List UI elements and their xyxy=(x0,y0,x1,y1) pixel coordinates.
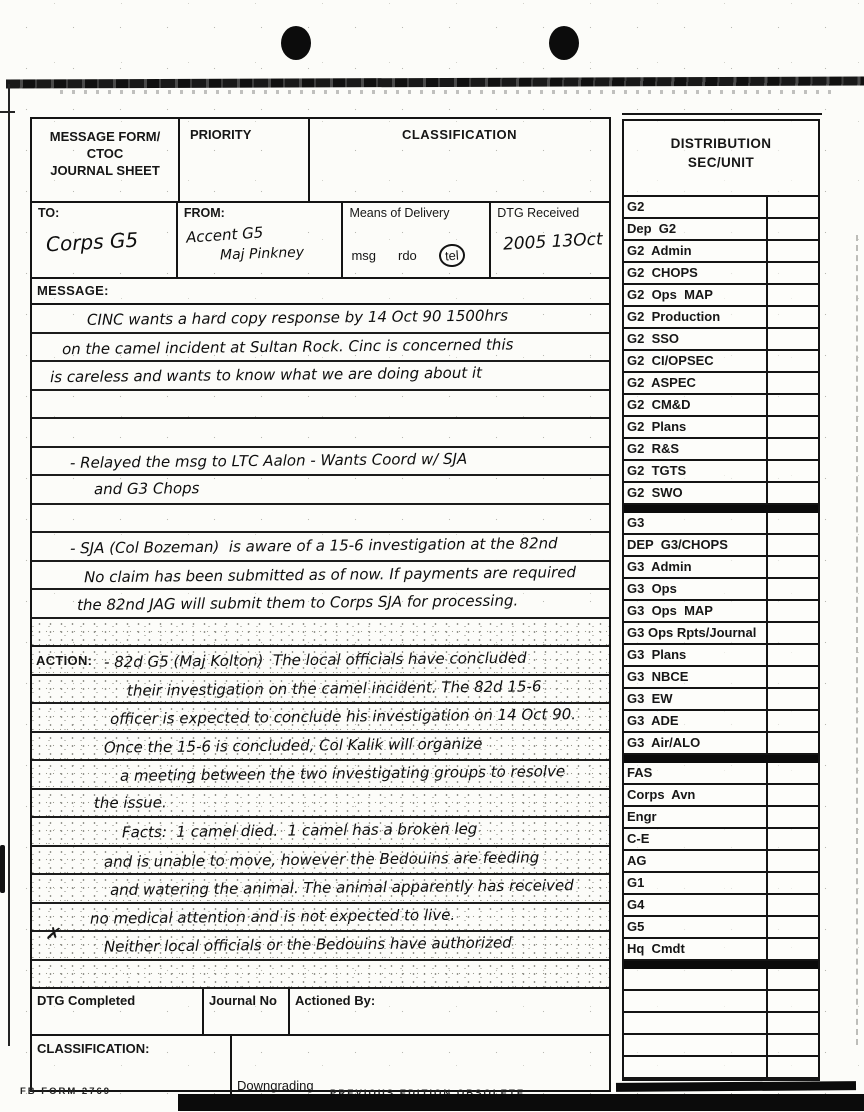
distribution-unit-label: G3 ADE xyxy=(624,711,768,731)
distribution-row: DEP G3/CHOPS xyxy=(624,535,818,557)
distribution-row: G2 CHOPS xyxy=(624,263,818,285)
message-line: and G3 Chops xyxy=(32,476,609,505)
message-line: - SJA (Col Bozeman) is aware of a 15-6 i… xyxy=(32,533,609,562)
action-label: ACTION: xyxy=(32,653,92,668)
journal-no-field: Journal No xyxy=(204,989,290,1034)
handwritten-text: - SJA (Col Bozeman) is aware of a 15-6 i… xyxy=(32,534,558,558)
scan-artifact-band xyxy=(6,77,864,89)
distribution-check-cell xyxy=(768,535,818,555)
distribution-check-cell xyxy=(768,329,818,349)
form-footer-row: DTG Completed Journal No Actioned By: xyxy=(32,989,609,1036)
distribution-row: G2 SSO xyxy=(624,329,818,351)
distribution-unit-label: G3 NBCE xyxy=(624,667,768,687)
from-label: FROM: xyxy=(184,206,336,220)
distribution-unit-label: G3 EW xyxy=(624,689,768,709)
message-line: Facts: 1 camel died. 1 camel has a broke… xyxy=(32,818,609,847)
scan-bottom-bar xyxy=(178,1094,864,1111)
message-label: MESSAGE: xyxy=(32,279,609,305)
distribution-unit-label: FAS xyxy=(624,763,768,783)
distribution-check-cell xyxy=(768,373,818,393)
distribution-check-cell xyxy=(768,733,818,753)
distribution-bottom-bar xyxy=(616,1081,856,1092)
message-line: on the camel incident at Sultan Rock. Ci… xyxy=(32,334,609,363)
distribution-unit-label: Corps Avn xyxy=(624,785,768,805)
dtg-received-value-handwritten: 2005 13Oct xyxy=(503,229,604,254)
distribution-unit-label: G2 Ops MAP xyxy=(624,285,768,305)
distribution-row: G2 Admin xyxy=(624,241,818,263)
distribution-row: Corps Avn xyxy=(624,785,818,807)
distribution-check-cell xyxy=(768,307,818,327)
distribution-unit-label: G5 xyxy=(624,917,768,937)
to-field: TO: Corps G5 xyxy=(32,203,178,277)
distribution-unit-label: G2 CHOPS xyxy=(624,263,768,283)
distribution-check-cell xyxy=(768,991,818,1011)
distribution-unit-label: G2 CI/OPSEC xyxy=(624,351,768,371)
distribution-check-cell xyxy=(768,969,818,989)
distribution-row xyxy=(624,1035,818,1057)
message-line: officer is expected to conclude his inve… xyxy=(32,704,609,733)
to-value-handwritten: Corps G5 xyxy=(45,228,138,257)
message-line xyxy=(32,419,609,448)
distribution-check-cell xyxy=(768,417,818,437)
distribution-check-cell xyxy=(768,219,818,239)
delivery-option-msg: msg xyxy=(351,248,376,263)
distribution-unit-label xyxy=(624,1057,768,1077)
distribution-unit-label: G2 Production xyxy=(624,307,768,327)
distribution-row: G2 ASPEC xyxy=(624,373,818,395)
message-line: ACTION:- 82d G5 (Maj Kolton) The local o… xyxy=(32,647,609,676)
handwritten-text: - 82d G5 (Maj Kolton) The local official… xyxy=(92,649,527,672)
distribution-unit-label: G2 TGTS xyxy=(624,461,768,481)
delivery-option-tel-circled: tel xyxy=(438,243,465,268)
distribution-row: C-E xyxy=(624,829,818,851)
distribution-unit-label xyxy=(624,1035,768,1055)
distribution-row: G5 xyxy=(624,917,818,939)
distribution-unit-label: G3 Ops MAP xyxy=(624,601,768,621)
distribution-row: G3 Admin xyxy=(624,557,818,579)
distribution-check-cell xyxy=(768,807,818,827)
means-of-delivery-field: Means of Delivery msg rdo tel xyxy=(343,203,491,277)
distribution-check-cell xyxy=(768,851,818,871)
scanned-journal-sheet: MESSAGE FORM/ CTOC JOURNAL SHEET PRIORIT… xyxy=(0,0,864,1112)
distribution-unit-label: C-E xyxy=(624,829,768,849)
distribution-unit-label: G1 xyxy=(624,873,768,893)
handwritten-text: Neither local officials or the Bedouins … xyxy=(32,934,512,957)
distribution-row: G2 CI/OPSEC xyxy=(624,351,818,373)
distribution-row xyxy=(624,1013,818,1035)
dtg-received-label: DTG Received xyxy=(497,206,603,220)
distribution-check-cell xyxy=(768,939,818,959)
distribution-unit-label xyxy=(624,969,768,989)
distribution-row: G3 NBCE xyxy=(624,667,818,689)
distribution-check-cell xyxy=(768,557,818,577)
handwritten-text: Facts: 1 camel died. 1 camel has a broke… xyxy=(32,820,478,843)
distribution-unit-label: AG xyxy=(624,851,768,871)
message-line: - Relayed the msg to LTC Aalon - Wants C… xyxy=(32,448,609,477)
classification-field: CLASSIFICATION xyxy=(310,119,609,201)
message-line: is careless and wants to know what we ar… xyxy=(32,362,609,391)
distribution-row: G3 xyxy=(624,513,818,535)
distribution-unit-label: G3 Plans xyxy=(624,645,768,665)
distribution-row: Dep G2 xyxy=(624,219,818,241)
message-line: no medical attention and is not expected… xyxy=(32,904,609,933)
distribution-unit-label: G3 Admin xyxy=(624,557,768,577)
distribution-check-cell xyxy=(768,285,818,305)
distribution-row: G3 Air/ALO xyxy=(624,733,818,755)
page-left-border xyxy=(8,84,10,1046)
distribution-row: G3 EW xyxy=(624,689,818,711)
distribution-subtitle: SEC/UNIT xyxy=(624,153,818,172)
distribution-check-cell xyxy=(768,197,818,217)
distribution-unit-label xyxy=(624,1013,768,1033)
message-line xyxy=(32,505,609,534)
distribution-check-cell xyxy=(768,483,818,503)
distribution-unit-label: G2 SWO xyxy=(624,483,768,503)
form-header-row: MESSAGE FORM/ CTOC JOURNAL SHEET PRIORIT… xyxy=(32,119,609,203)
message-line: the issue. xyxy=(32,790,609,819)
distribution-row: AG xyxy=(624,851,818,873)
distribution-row: G2 xyxy=(624,197,818,219)
distribution-separator-bar xyxy=(624,755,818,763)
form-meta-row: TO: Corps G5 FROM: Accent G5 Maj Pinkney… xyxy=(32,203,609,279)
distribution-check-cell xyxy=(768,241,818,261)
distribution-unit-label: G4 xyxy=(624,895,768,915)
distribution-unit-label: Dep G2 xyxy=(624,219,768,239)
distribution-row: FAS xyxy=(624,763,818,785)
distribution-row: Engr xyxy=(624,807,818,829)
distribution-check-cell xyxy=(768,917,818,937)
handwritten-text: on the camel incident at Sultan Rock. Ci… xyxy=(32,335,514,358)
distribution-check-cell xyxy=(768,645,818,665)
handwritten-text: officer is expected to conclude his inve… xyxy=(32,705,576,729)
distribution-check-cell xyxy=(768,1035,818,1055)
dtg-completed-field: DTG Completed xyxy=(32,989,204,1034)
distribution-unit-label: G2 ASPEC xyxy=(624,373,768,393)
handwritten-text: and G3 Chops xyxy=(32,479,200,499)
distribution-check-cell xyxy=(768,513,818,533)
distribution-check-cell xyxy=(768,895,818,915)
distribution-check-cell xyxy=(768,351,818,371)
message-line: their investigation on the camel inciden… xyxy=(32,676,609,705)
message-line: and is unable to move, however the Bedou… xyxy=(32,847,609,876)
distribution-unit-label: G2 Plans xyxy=(624,417,768,437)
hole-punch-icon xyxy=(281,26,311,60)
distribution-unit-label: G3 xyxy=(624,513,768,533)
distribution-row: G2 R&S xyxy=(624,439,818,461)
distribution-check-cell xyxy=(768,873,818,893)
distribution-check-cell xyxy=(768,263,818,283)
distribution-row: G2 CM&D xyxy=(624,395,818,417)
distribution-unit-label: DEP G3/CHOPS xyxy=(624,535,768,555)
message-line: ✗Neither local officials or the Bedouins… xyxy=(32,932,609,961)
distribution-unit-label: G2 Admin xyxy=(624,241,768,261)
message-lines: CINC wants a hard copy response by 14 Oc… xyxy=(32,305,609,989)
message-line: and watering the animal. The animal appa… xyxy=(32,875,609,904)
from-value-handwritten: Accent G5 xyxy=(185,223,263,246)
handwritten-text: No claim has been submitted as of now. I… xyxy=(32,563,576,587)
distribution-check-cell xyxy=(768,579,818,599)
classification-footer-row: CLASSIFICATION: Downgrading xyxy=(32,1036,609,1094)
distribution-row xyxy=(624,1057,818,1079)
handwritten-text: their investigation on the camel inciden… xyxy=(32,677,542,700)
message-line: a meeting between the two investigating … xyxy=(32,761,609,790)
form-number: FB FORM 2769 xyxy=(20,1086,111,1097)
distribution-row: Hq Cmdt xyxy=(624,939,818,961)
actioned-by-field: Actioned By: xyxy=(290,989,609,1034)
distribution-row: G2 Production xyxy=(624,307,818,329)
distribution-unit-label: G2 SSO xyxy=(624,329,768,349)
handwritten-text: Once the 15-6 is concluded, Col Kalik wi… xyxy=(32,734,483,757)
distribution-check-cell xyxy=(768,601,818,621)
page-right-border xyxy=(856,235,858,1045)
distribution-check-cell xyxy=(768,1013,818,1033)
from-field: FROM: Accent G5 Maj Pinkney xyxy=(178,203,344,277)
distribution-row: G2 SWO xyxy=(624,483,818,505)
handwritten-text: CINC wants a hard copy response by 14 Oc… xyxy=(32,307,508,330)
distribution-row: G2 TGTS xyxy=(624,461,818,483)
message-line: No claim has been submitted as of now. I… xyxy=(32,562,609,591)
distribution-unit-label: G3 Ops xyxy=(624,579,768,599)
distribution-check-cell xyxy=(768,395,818,415)
distribution-unit-label: G3 Ops Rpts/Journal xyxy=(624,623,768,643)
distribution-unit-label: Hq Cmdt xyxy=(624,939,768,959)
handwritten-text: no medical attention and is not expected… xyxy=(32,906,455,928)
distribution-row xyxy=(624,991,818,1013)
distribution-check-cell xyxy=(768,711,818,731)
distribution-check-cell xyxy=(768,623,818,643)
scan-smudge xyxy=(0,845,5,893)
message-line xyxy=(32,391,609,420)
message-line: the 82nd JAG will submit them to Corps S… xyxy=(32,590,609,619)
distribution-row: G3 Plans xyxy=(624,645,818,667)
handwritten-text: and watering the animal. The animal appa… xyxy=(32,876,574,900)
distribution-row xyxy=(624,969,818,991)
distribution-check-cell xyxy=(768,829,818,849)
distribution-unit-label: G3 Air/ALO xyxy=(624,733,768,753)
distribution-unit-label: Engr xyxy=(624,807,768,827)
distribution-check-cell xyxy=(768,667,818,687)
distribution-unit-label: G2 CM&D xyxy=(624,395,768,415)
distribution-unit-label: G2 R&S xyxy=(624,439,768,459)
priority-field: PRIORITY xyxy=(180,119,310,201)
distribution-row: G1 xyxy=(624,873,818,895)
message-form: MESSAGE FORM/ CTOC JOURNAL SHEET PRIORIT… xyxy=(30,117,611,1092)
form-title: MESSAGE FORM/ CTOC JOURNAL SHEET xyxy=(32,119,180,201)
message-line: Once the 15-6 is concluded, Col Kalik wi… xyxy=(32,733,609,762)
distribution-check-cell xyxy=(768,1057,818,1077)
dtg-received-field: DTG Received 2005 13Oct xyxy=(491,203,609,277)
distribution-header: DISTRIBUTION SEC/UNIT xyxy=(624,121,818,197)
distribution-check-cell xyxy=(768,439,818,459)
distribution-row: G2 Ops MAP xyxy=(624,285,818,307)
distribution-title: DISTRIBUTION xyxy=(624,134,818,153)
downgrading-label: Downgrading xyxy=(232,1036,609,1094)
handwritten-text: the issue. xyxy=(32,793,167,812)
distribution-unit-label: G2 xyxy=(624,197,768,217)
distribution-separator-bar xyxy=(624,961,818,969)
distribution-check-cell xyxy=(768,689,818,709)
distribution-table: DISTRIBUTION SEC/UNIT G2Dep G2G2 AdminG2… xyxy=(622,119,820,1081)
handwritten-text: the 82nd JAG will submit them to Corps S… xyxy=(32,592,518,615)
page-left-tick xyxy=(0,111,15,113)
distribution-row: G3 Ops MAP xyxy=(624,601,818,623)
distribution-separator-bar xyxy=(624,505,818,513)
scan-artifact-band xyxy=(60,90,840,94)
distribution-row: G3 ADE xyxy=(624,711,818,733)
handwritten-text: - Relayed the msg to LTC Aalon - Wants C… xyxy=(32,449,467,472)
means-of-delivery-label: Means of Delivery xyxy=(349,206,483,220)
distribution-row: G2 Plans xyxy=(624,417,818,439)
distribution-row: G4 xyxy=(624,895,818,917)
to-label: TO: xyxy=(38,206,170,220)
distribution-check-cell xyxy=(768,763,818,783)
distribution-top-line xyxy=(622,113,822,115)
delivery-options: msg rdo tel xyxy=(349,244,483,274)
delivery-option-rdo: rdo xyxy=(398,248,417,263)
distribution-rows: G2Dep G2G2 AdminG2 CHOPSG2 Ops MAPG2 Pro… xyxy=(624,197,818,1079)
from-value-handwritten: Maj Pinkney xyxy=(220,245,305,264)
distribution-check-cell xyxy=(768,785,818,805)
handwritten-text: is careless and wants to know what we ar… xyxy=(32,364,482,387)
distribution-check-cell xyxy=(768,461,818,481)
hole-punch-icon xyxy=(549,26,579,60)
message-line xyxy=(32,619,609,648)
distribution-row: G3 Ops Rpts/Journal xyxy=(624,623,818,645)
handwritten-text: a meeting between the two investigating … xyxy=(32,762,565,786)
message-line: CINC wants a hard copy response by 14 Oc… xyxy=(32,305,609,334)
message-line xyxy=(32,961,609,990)
distribution-row: G3 Ops xyxy=(624,579,818,601)
handwritten-text: and is unable to move, however the Bedou… xyxy=(32,848,539,871)
distribution-unit-label xyxy=(624,991,768,1011)
